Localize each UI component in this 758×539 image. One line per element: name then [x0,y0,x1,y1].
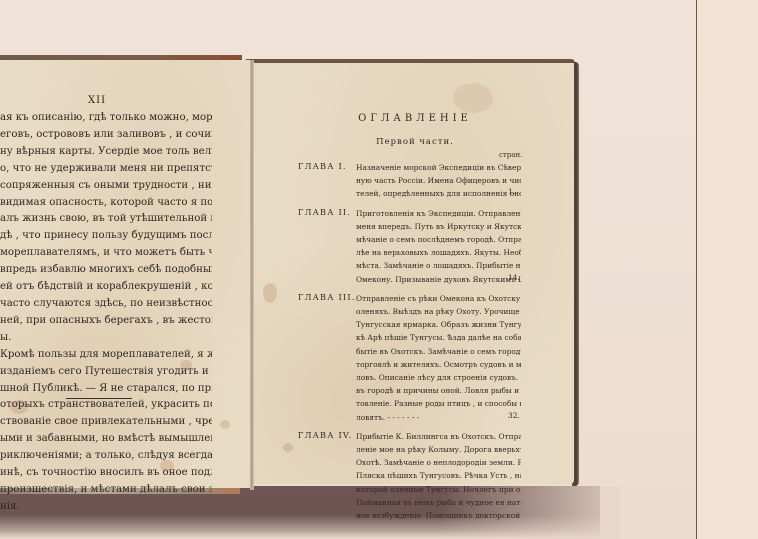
text-line: инѣ, съ точностію вносилъ въ оное подлин… [0,465,212,482]
text-line: Пойманная въ немъ рыба и чудное ея натур… [356,496,521,509]
text-line: произшествія, и мѣстами дѣлалъ свои за- [0,482,212,499]
text-line: шной Публикѣ. — Я не старался, по примѣр… [0,381,212,398]
text-line: телей, опредѣленныхъ для исполненія оной… [356,187,521,200]
text-line: Охотѣ. Замѣчаніе о неплодородіи земли. Р… [356,456,521,469]
text-line: ы. [0,330,212,347]
text-line: ней, при опасныхъ берегахъ , въ жестокіе [0,313,212,330]
text-line: Прибытіе К. Биллингса въ Охотскъ. Отправ… [356,430,521,443]
toc-page-column-label: стран. [499,151,522,159]
text-line: риключеніями; а только, слѣдуя всегда од… [0,448,212,465]
text-line: ая къ описанію, гдѣ только можно, морски… [0,110,212,127]
text-line: изданіемъ сего Путешествія угодить и по- [0,364,212,381]
text-line: бытіе въ Охотскъ. Замѣчаніе о семъ город… [356,345,521,358]
chapter-heading: ГЛАВА IV. [298,430,352,440]
text-line: ловятъ. - - - - - - - [356,411,521,424]
text-line: ловъ. Описаніе лѣсу для строенія судовъ.… [356,371,521,384]
toc-subtitle: Первой части. [350,137,480,147]
text-line: ное возбужденіе. Помощникъ докторской за… [356,509,521,522]
text-line: алъ жизнь свою, въ той утѣшительной на- [0,211,212,228]
text-line: Тунгусская ярмарка. Образъ жизни Тунгусо… [356,318,521,331]
book-gutter [250,60,254,490]
text-line: впредь избавлю многихъ себѣ подобныхъ [0,262,212,279]
foxing-stain [220,420,230,429]
text-line: въ городѣ и причины оной. Ловля рыбы и е… [356,384,521,397]
text-line: еговъ, острововъ или заливовъ , и сочиня… [0,127,212,144]
text-line: Омекону. Призываніе духовъ Якутскимъ Шам… [356,273,521,286]
text-line: о, что не удерживали меня ни препятствія… [0,161,212,178]
text-line: Кромѣ пользы для мореплавателей, я желал… [0,347,212,364]
text-line: лѣе на верьховыхъ лошадяхъ. Якуты. Необи… [356,246,521,259]
chapter-page-number: 1. [508,187,515,196]
text-line: мореплавателямъ, и что можетъ быть чрезъ [0,245,212,262]
foxing-stain [263,283,277,303]
text-line: часто случаются здѣсь, по неизвѣстности [0,296,212,313]
text-line: леніе мое на рѣку Колыму. Дорога вверьхъ… [356,443,521,456]
text-line: кѣ Арѣ пѣшіе Тунгусы. Ѣзда далѣе на соба… [356,331,521,344]
text-line: Пляска пѣшихъ Тунгусовъ. Рѣчка Усть , на… [356,469,521,482]
text-line: нія. [0,499,212,516]
text-line: ыми и забавными, но вмѣстѣ вымышленны- [0,431,212,448]
text-line: ну вѣрныя карты. Усердіе мое толь велико [0,144,212,161]
chapter-heading: ГЛАВА I. [298,161,347,171]
chapter-heading: ГЛАВА II. [298,207,351,217]
text-line: торговлѣ и жителяхъ. Осмотръ судовъ и ма… [356,358,521,371]
text-line: которой оленные Тунгусы. Ночлегъ при озе… [356,483,521,496]
text-line: оленяхъ. Выѣздъ на рѣку Охоту. Урочище У… [356,305,521,318]
toc-entry-chapter-4: ГЛАВА IV. Прибытіе К. Биллингса въ Охотс… [298,430,560,522]
text-line: мѣчаніе о семъ послѣднемъ городѣ. Отправ… [356,233,521,246]
text-line: мѣста. Замѣчаніе о лошадяхъ. Прибытіе на… [356,259,521,272]
chapter-summary: Назначеніе морской Экспедиціи въ Сѣверо-… [356,161,521,201]
text-line: видимая опасность, которой часто я под- [0,195,212,212]
toc-entry-chapter-3: ГЛАВА III. Отправленіе съ рѣки Омекона к… [298,292,560,424]
page-number: XII [88,95,106,106]
chapter-summary: Прибытіе К. Биллингса въ Охотскъ. Отправ… [356,430,521,522]
toc-title: ОГЛАВЛЕНІЕ [340,113,490,124]
text-line: ей отъ бѣдствій и кораблекрушеній , кото… [0,279,212,296]
text-line: сопряженныя съ оными трудности , ни са- [0,178,212,195]
text-line: ную часть Россіи. Имена Офицеровъ и числ… [356,174,521,187]
foxing-stain [453,83,493,113]
left-page-text: ая къ описанію, гдѣ только можно, морски… [0,110,212,516]
text-line: Назначеніе морской Экспедиціи въ Сѣверо-… [356,161,521,174]
foxing-stain [283,443,293,452]
background-panel [696,0,758,539]
text-line: Приготовленія къ Экспедиціи. Отправленіе [356,207,521,220]
chapter-heading: ГЛАВА III. [298,292,356,302]
text-line: Отправленіе съ рѣки Омекона къ Охотску н… [356,292,521,305]
text-line: ствованіе свое привлекательными , чрезвы… [0,414,212,431]
chapter-summary: Отправленіе съ рѣки Омекона къ Охотску н… [356,292,521,424]
chapter-page-number: 14. [508,273,520,282]
chapter-page-number: 32. [508,411,520,420]
table-of-contents: ГЛАВА I. Назначеніе морской Экспедиціи в… [298,161,560,528]
text-line: товленіе. Разные роды птицъ , и способы … [356,397,521,410]
chapter-summary: Приготовленія къ Экспедиціи. Отправленіе… [356,207,521,286]
section-rule [66,398,132,399]
text-line: меня впередъ. Путь въ Иркутску и Якутску… [356,220,521,233]
text-line: оторыхъ странствователей, украсить по- [0,397,212,414]
toc-entry-chapter-1: ГЛАВА I. Назначеніе морской Экспедиціи в… [298,161,560,201]
toc-entry-chapter-2: ГЛАВА II. Приготовленія къ Экспедиціи. О… [298,207,560,286]
text-line: дѣ , что принесу пользу будущимъ послѣ [0,228,212,245]
